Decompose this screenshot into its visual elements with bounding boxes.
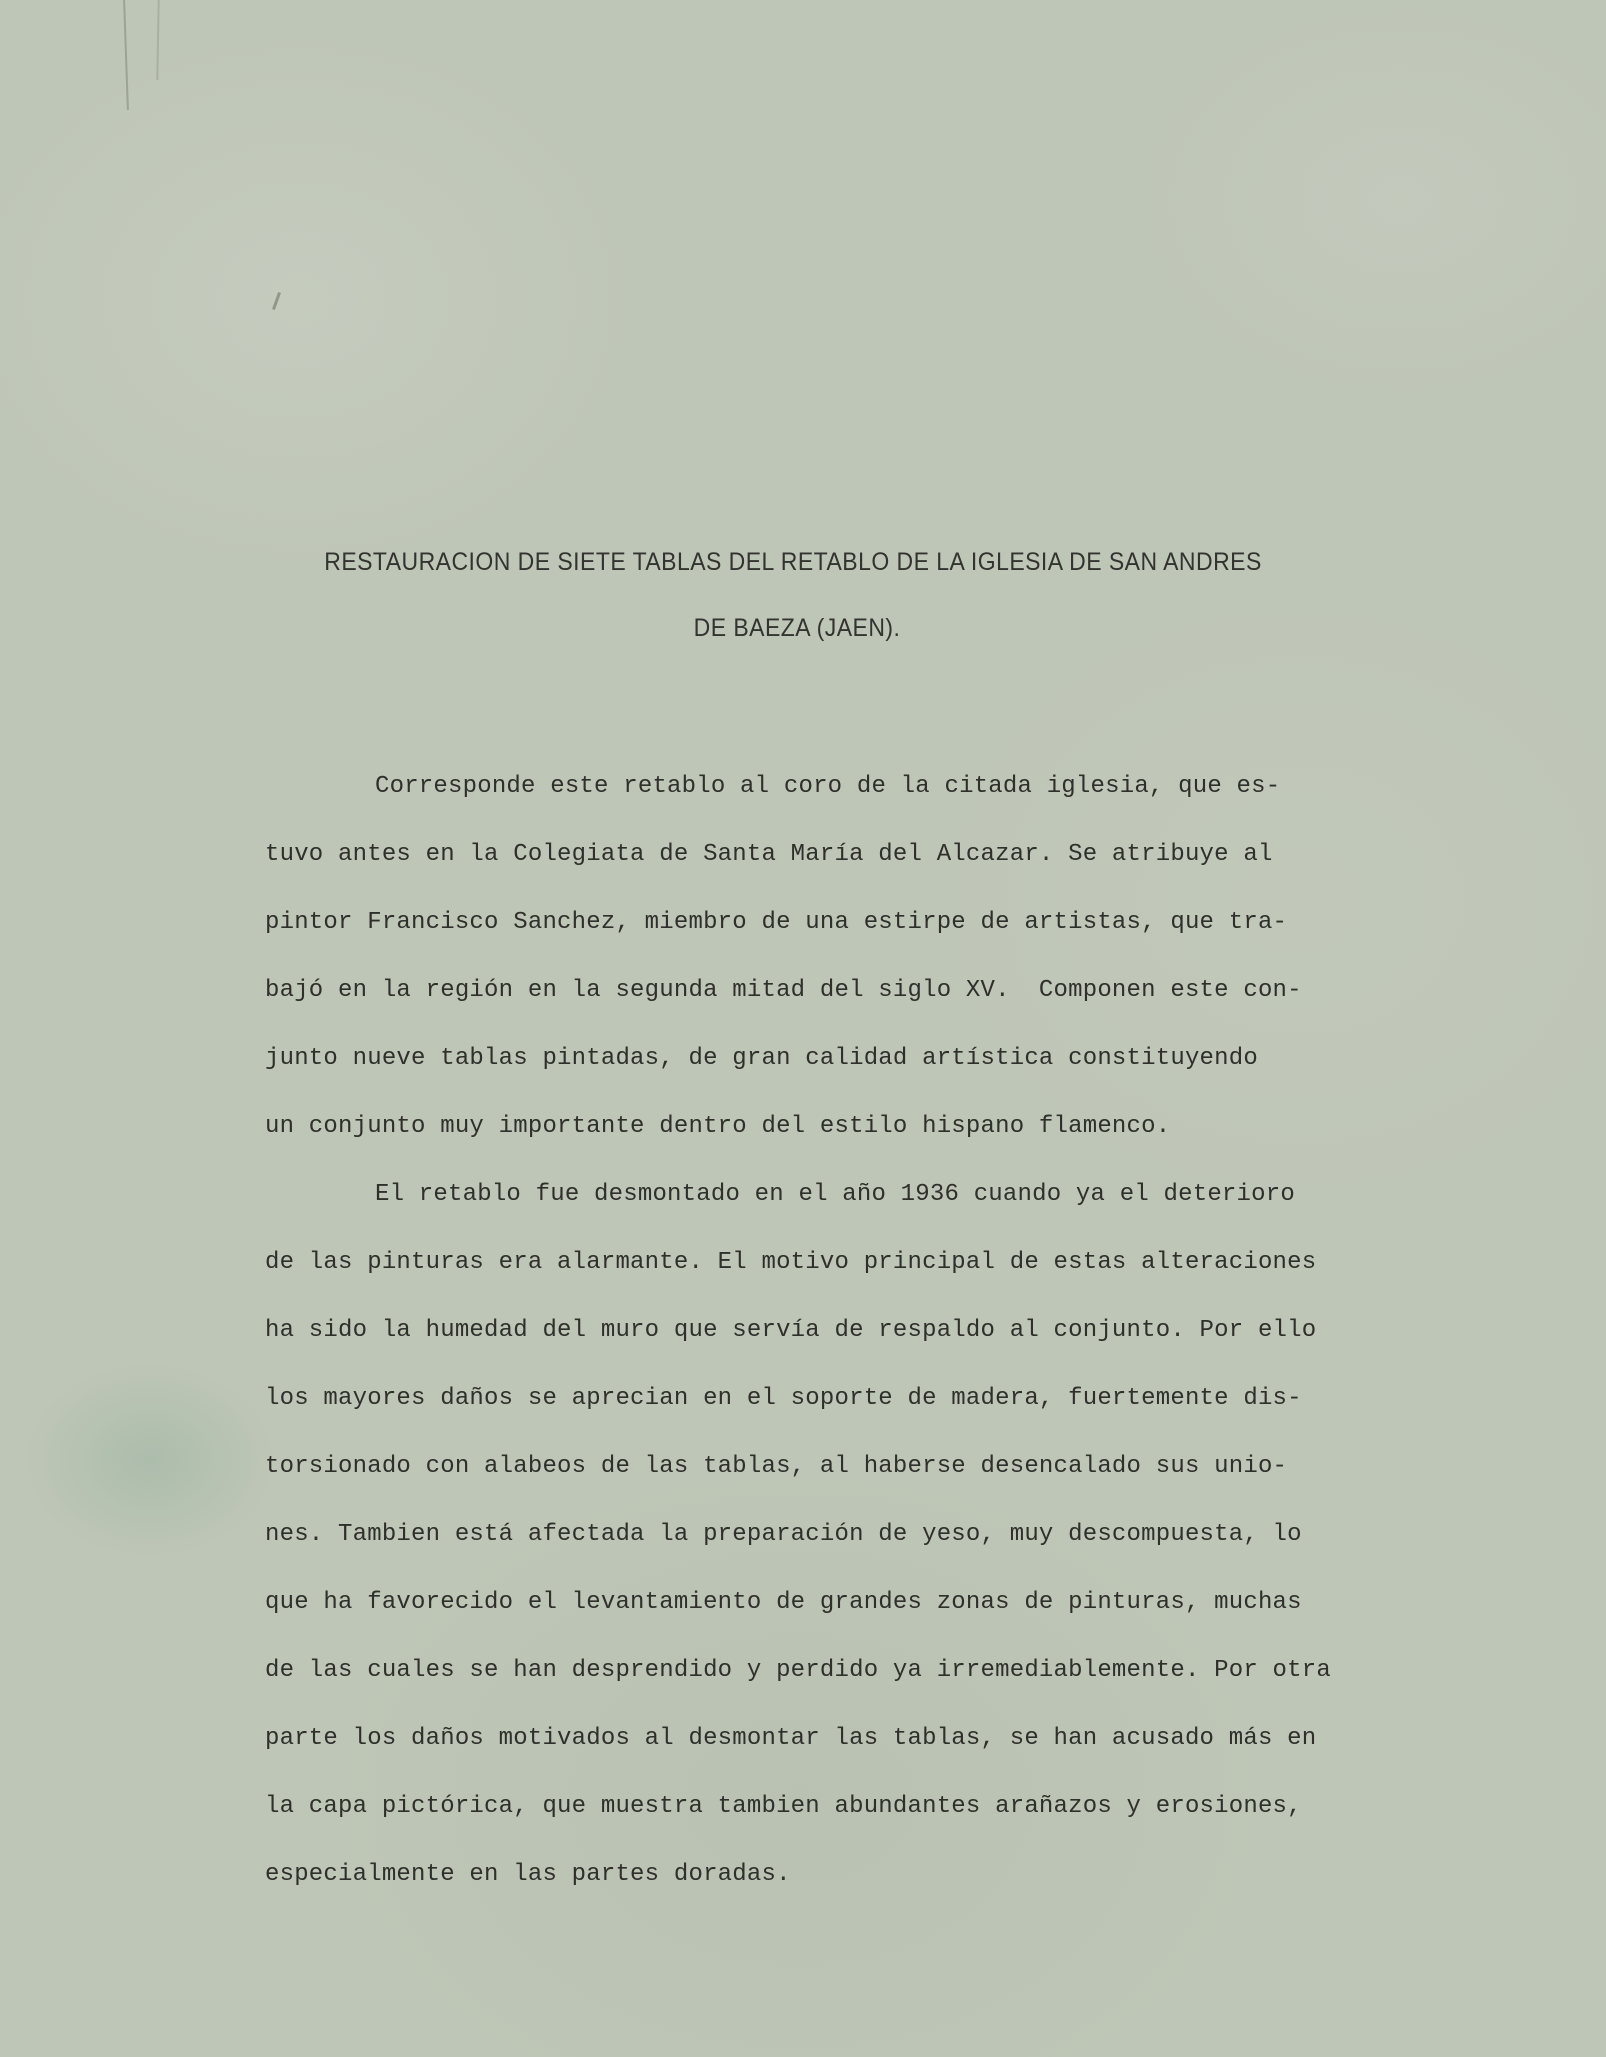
text-line: ha sido la humedad del muro que servía d… — [265, 1316, 1445, 1384]
text-line: que ha favorecido el levantamiento de gr… — [265, 1588, 1445, 1656]
document-title-line-1: RESTAURACION DE SIETE TABLAS DEL RETABLO… — [54, 548, 1532, 577]
text-line: de las cuales se han desprendido y perdi… — [265, 1656, 1445, 1724]
text-line: de las pinturas era alarmante. El motivo… — [265, 1248, 1445, 1316]
document-body: Corresponde este retablo al coro de la c… — [265, 772, 1445, 1928]
text-line: nes. Tambien está afectada la preparació… — [265, 1520, 1445, 1588]
typewritten-page: RESTAURACION DE SIETE TABLAS DEL RETABLO… — [0, 0, 1606, 2057]
text-line: la capa pictórica, que muestra tambien a… — [265, 1792, 1445, 1860]
paper-crease — [123, 0, 129, 110]
paper-mark — [272, 292, 281, 310]
document-title-line-2: DE BAEZA (JAEN). — [58, 614, 1536, 643]
text-line: torsionado con alabeos de las tablas, al… — [265, 1452, 1445, 1520]
text-line: El retablo fue desmontado en el año 1936… — [265, 1180, 1445, 1248]
text-line: los mayores daños se aprecian en el sopo… — [265, 1384, 1445, 1452]
text-line: tuvo antes en la Colegiata de Santa Marí… — [265, 840, 1445, 908]
text-line: especialmente en las partes doradas. — [265, 1860, 1445, 1928]
text-line: bajó en la región en la segunda mitad de… — [265, 976, 1445, 1044]
paper-crease — [156, 0, 159, 80]
text-line: un conjunto muy importante dentro del es… — [265, 1112, 1445, 1180]
text-line: Corresponde este retablo al coro de la c… — [265, 772, 1445, 840]
text-line: parte los daños motivados al desmontar l… — [265, 1724, 1445, 1792]
text-line: pintor Francisco Sanchez, miembro de una… — [265, 908, 1445, 976]
text-line: junto nueve tablas pintadas, de gran cal… — [265, 1044, 1445, 1112]
